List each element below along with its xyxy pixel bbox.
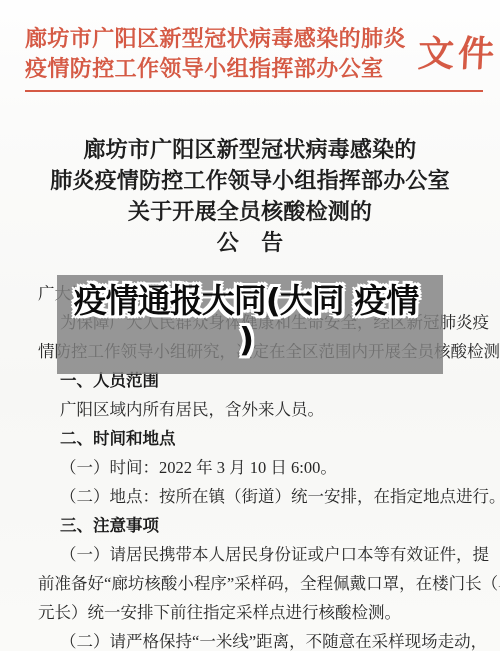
document-title: 廊坊市广阳区新型冠状病毒感染的 肺炎疫情防控工作领导小组指挥部办公室 关于开展全… (0, 134, 500, 258)
letterhead-line-1: 廊坊市广阳区新型冠状病毒感染的肺炎 (25, 24, 406, 54)
section-2-item-1: （一）时间：2022 年 3 月 10 日 6:00。 (38, 453, 462, 482)
section-3-heading: 三、注意事项 (38, 511, 462, 540)
document-title-line-3: 关于开展全员核酸检测的 (0, 196, 500, 227)
document-title-line-2: 肺炎疫情防控工作领导小组指挥部办公室 (0, 165, 500, 196)
section-3-item-2-line-1: （二）请严格保持“一米线”距离，不随意在采样现场走动， (38, 627, 462, 651)
scanned-notice-page: 廊坊市广阳区新型冠状病毒感染的肺炎 疫情防控工作领导小组指挥部办公室 文件 廊坊… (0, 0, 500, 651)
section-1-text: 广阳区域内所有居民，含外来人员。 (38, 395, 462, 424)
article-caption: 疫情通报大同(大同 疫情 ) (50, 281, 442, 359)
letterhead-org-name: 廊坊市广阳区新型冠状病毒感染的肺炎 疫情防控工作领导小组指挥部办公室 (25, 24, 406, 84)
document-type-label: 文件 (417, 36, 499, 72)
section-2-item-2: （二）地点：按所在镇（街道）统一安排，在指定地点进行。 (38, 482, 462, 511)
letterhead-line-2: 疫情防控工作领导小组指挥部办公室 (25, 54, 406, 84)
article-caption-line-2: ) (50, 320, 442, 359)
section-3-item-1-line-3: 元长）统一安排下前往指定采样点进行核酸检测。 (38, 598, 462, 627)
letterhead: 廊坊市广阳区新型冠状病毒感染的肺炎 疫情防控工作领导小组指挥部办公室 文件 (0, 0, 500, 84)
section-3-item-1-line-2: 前准备好“廊坊核酸小程序”采样码，全程佩戴口罩，在楼门长（单 (38, 569, 462, 598)
letterhead-divider (25, 90, 483, 92)
document-title-line-4: 公 告 (0, 227, 500, 258)
section-3-item-1-line-1: （一）请居民携带本人居民身份证或户口本等有效证件，提 (38, 540, 462, 569)
article-caption-line-1: 疫情通报大同(大同 疫情 (50, 281, 442, 320)
document-title-line-1: 廊坊市广阳区新型冠状病毒感染的 (0, 134, 500, 165)
section-2-heading: 二、时间和地点 (38, 424, 462, 453)
